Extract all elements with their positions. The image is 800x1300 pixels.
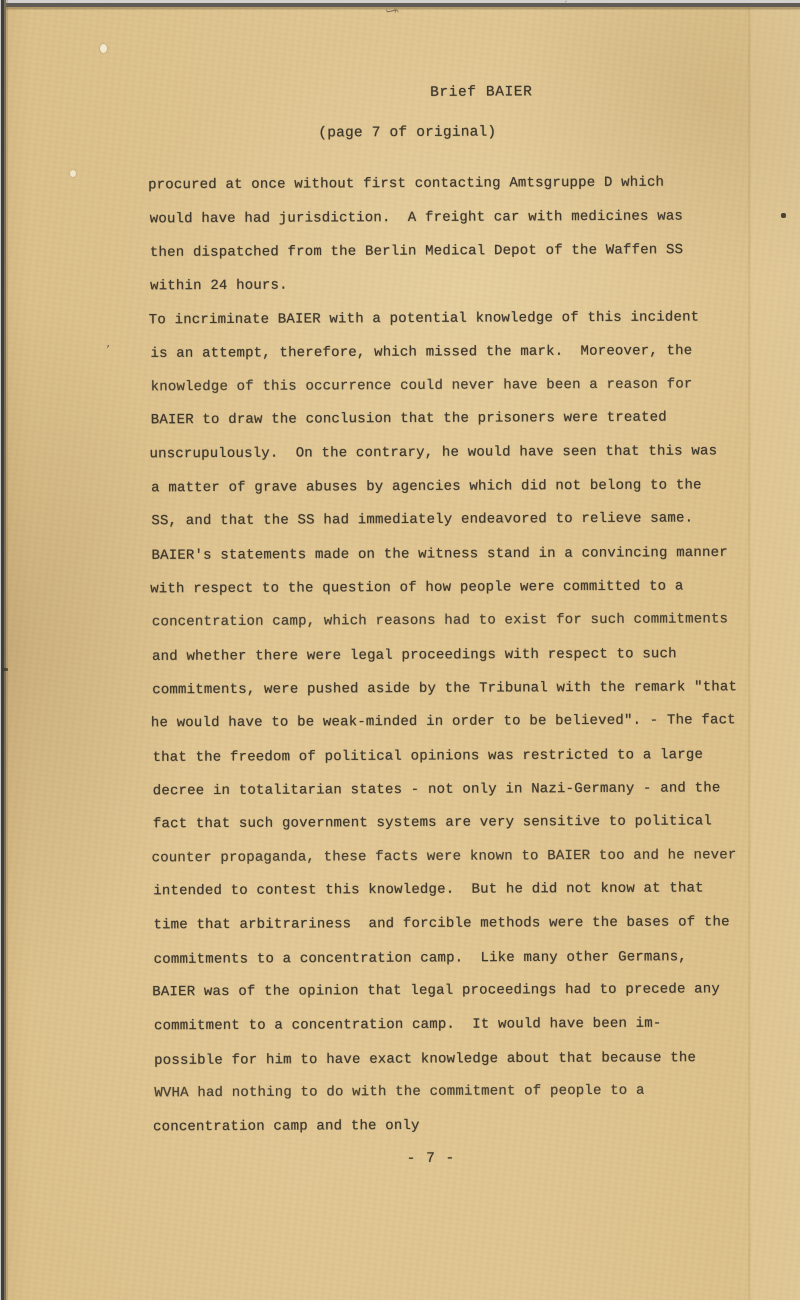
body-line: SS, and that the SS had immediately ende… [151, 502, 771, 539]
body-line: intended to contest this knowledge. But … [153, 873, 773, 910]
body-line: WVHA had nothing to do with the commitme… [154, 1074, 774, 1111]
body-line: would have had jurisdiction. A freight c… [150, 200, 770, 237]
body-line: fact that such government systems are ve… [153, 805, 773, 842]
body-line: commitments to a concentration camp. Lik… [154, 940, 774, 977]
body-line: To incriminate BAIER with a potential kn… [149, 301, 769, 338]
body-line: then dispatched from the Berlin Medical … [150, 234, 770, 271]
scanned-document-page: ƒ ′ ’ Brief BAIER (page 7 of original) p… [0, 0, 800, 1300]
body-line: a matter of grave abuses by agencies whi… [151, 469, 771, 506]
body-line: concentration camp, which reasons had to… [152, 603, 772, 640]
body-line: that the freedom of political opinions w… [152, 739, 772, 776]
body-line: and whether there were legal proceedings… [152, 638, 772, 675]
body-line: unscrupulously. On the contrary, he woul… [149, 435, 769, 472]
body-line: BAIER to draw the conclusion that the pr… [151, 402, 771, 439]
body-line: commitment to a concentration camp. It w… [154, 1007, 774, 1044]
body-line: decree in totalitarian states - not only… [153, 772, 773, 809]
body-line: concentration camp and the only [153, 1108, 773, 1145]
page-subtitle: (page 7 of original) [318, 124, 496, 141]
body-line: is an attempt, therefore, which missed t… [150, 335, 770, 372]
body-line: BAIER's statements made on the witness s… [151, 537, 771, 574]
body-line: within 24 hours. [150, 267, 770, 304]
body-line: procured at once without first contactin… [148, 166, 768, 203]
body-line: counter propaganda, these facts were kno… [152, 839, 772, 876]
body-line: with respect to the question of how peop… [150, 570, 770, 607]
typewritten-text-block: Brief BAIER (page 7 of original) procure… [0, 0, 800, 1300]
body-line: he would have to be weak-minded in order… [151, 704, 771, 741]
page-number: - 7 - [407, 1151, 456, 1167]
page-title: Brief BAIER [430, 84, 532, 101]
body-line: time that arbitrariness and forcible met… [153, 906, 773, 943]
body-line: possible for him to have exact knowledge… [154, 1041, 774, 1078]
body-text: procured at once without first contactin… [149, 166, 774, 1145]
body-line: BAIER was of the opinion that legal proc… [152, 973, 772, 1010]
body-line: commitments, were pushed aside by the Tr… [152, 671, 772, 708]
body-line: knowledge of this occurrence could never… [151, 368, 771, 405]
